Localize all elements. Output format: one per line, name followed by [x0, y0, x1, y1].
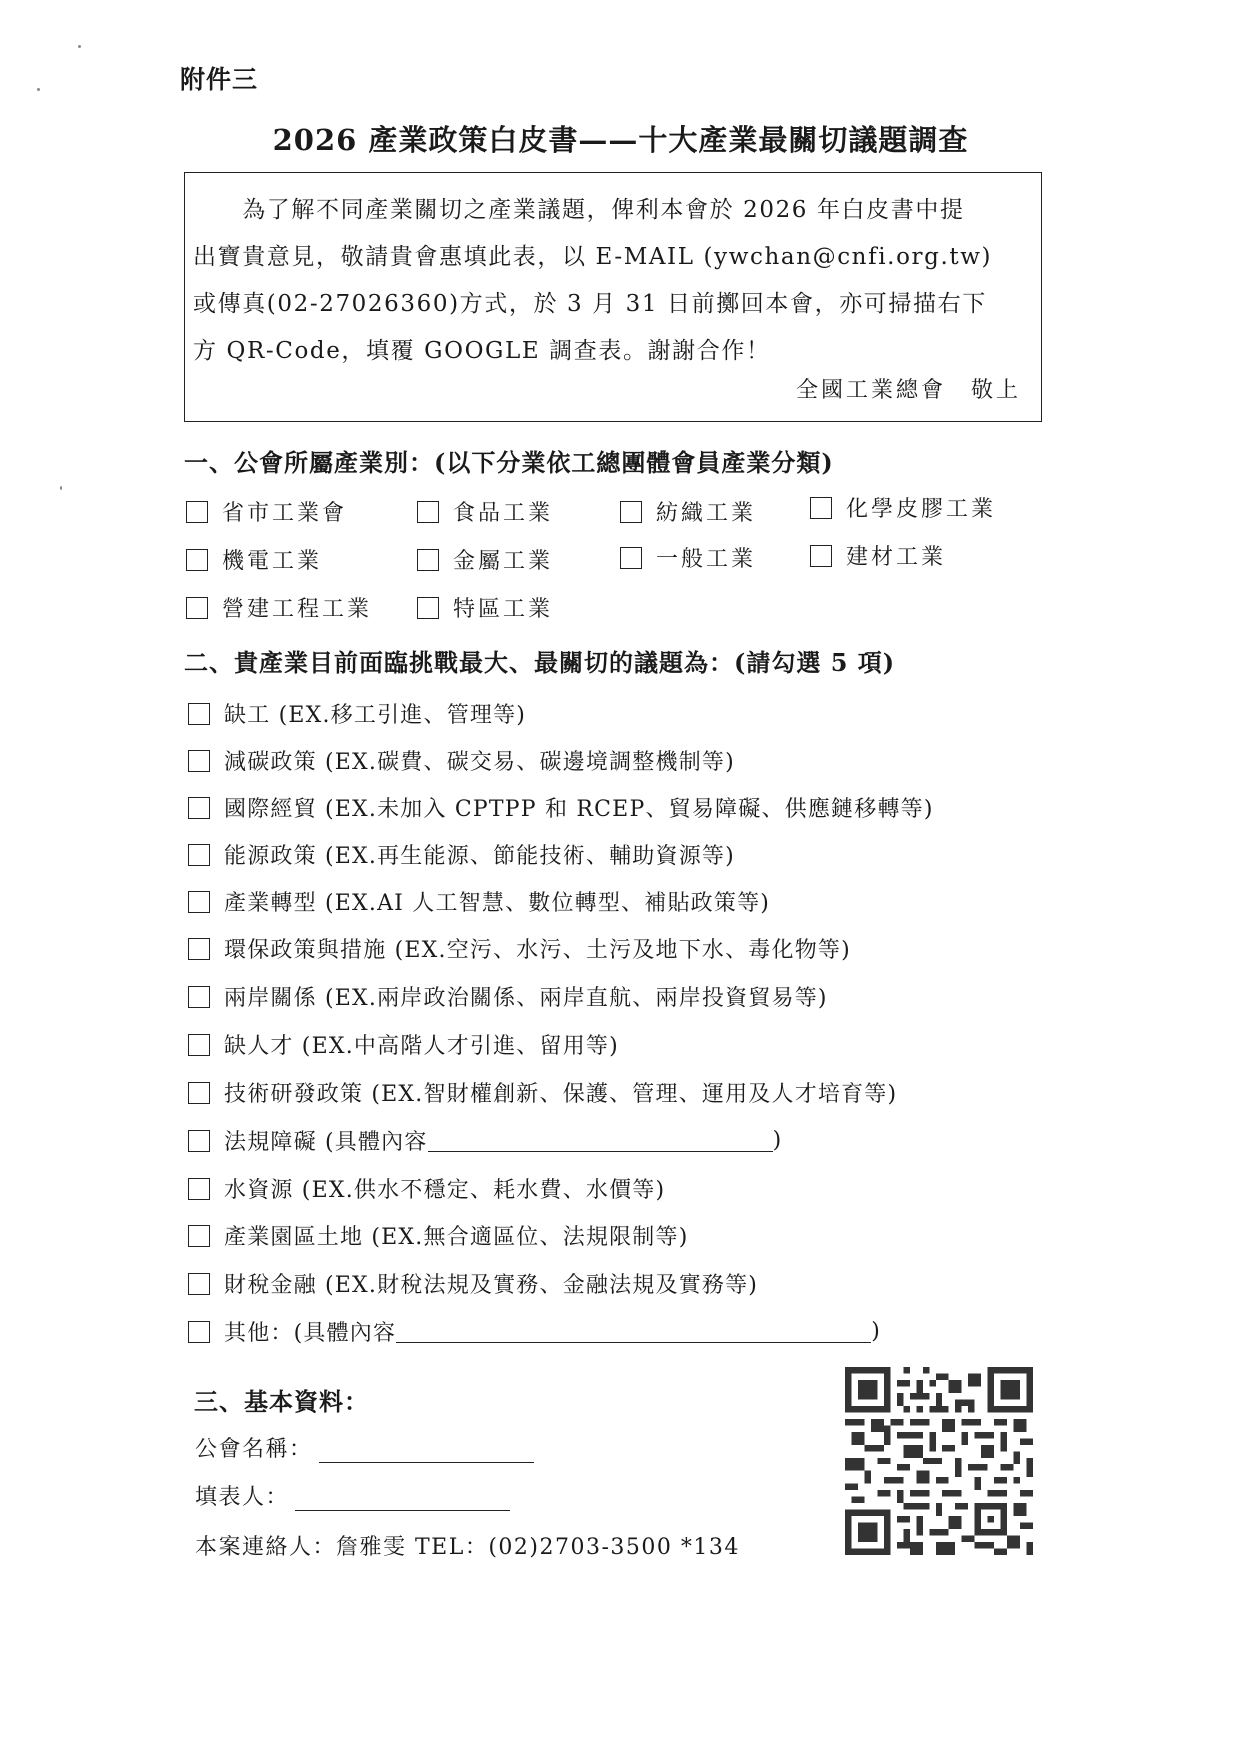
annex-label: 附件三	[180, 60, 258, 96]
checkbox[interactable]	[188, 1321, 210, 1343]
checkbox[interactable]	[417, 501, 439, 523]
checkbox[interactable]	[188, 1130, 210, 1152]
intro-box: 為了解不同產業關切之產業議題，俾利本會於 2026 年白皮書中提 出寶貴意見，敬…	[184, 172, 1042, 422]
industry-option[interactable]: 一般工業	[620, 542, 756, 573]
industry-option[interactable]: 營建工程工業	[186, 592, 372, 623]
checkbox[interactable]	[188, 1273, 210, 1295]
signature: 全國工業總會 敬上	[796, 373, 1021, 404]
association-name-label: 公會名稱：	[195, 1432, 313, 1463]
issue-option[interactable]: 能源政策 (EX.再生能源、節能技術、輔助資源等)	[188, 839, 735, 870]
intro-line: 出寶貴意見，敬請貴會惠填此表，以 E-MAIL (ywchan@cnfi.org…	[193, 238, 992, 271]
checkbox[interactable]	[188, 1082, 210, 1104]
checkbox[interactable]	[188, 986, 210, 1008]
industry-option[interactable]: 化學皮膠工業	[810, 492, 996, 523]
checkbox[interactable]	[188, 938, 210, 960]
industry-option[interactable]: 紡織工業	[620, 496, 756, 527]
regulation-detail-input[interactable]	[428, 1129, 773, 1152]
section3-title: 三、基本資料：	[194, 1382, 369, 1417]
checkbox[interactable]	[186, 597, 208, 619]
qr-code-icon[interactable]	[845, 1367, 1033, 1555]
issue-option[interactable]: 產業轉型 (EX.AI 人工智慧、數位轉型、補貼政策等)	[188, 886, 770, 917]
filler-row: 填表人：	[195, 1480, 510, 1511]
checkbox[interactable]	[188, 1034, 210, 1056]
issue-option[interactable]: 技術研發政策 (EX.智財權創新、保護、管理、運用及人才培育等)	[188, 1077, 897, 1108]
issue-option[interactable]: 減碳政策 (EX.碳費、碳交易、碳邊境調整機制等)	[188, 745, 735, 776]
issue-option-other[interactable]: 其他：(具體內容)	[188, 1316, 881, 1347]
issue-option[interactable]: 水資源 (EX.供水不穩定、耗水費、水價等)	[188, 1173, 665, 1204]
issue-option[interactable]: 財稅金融 (EX.財稅法規及實務、金融法規及實務等)	[188, 1268, 758, 1299]
checkbox[interactable]	[620, 501, 642, 523]
checkbox[interactable]	[620, 547, 642, 569]
checkbox[interactable]	[810, 497, 832, 519]
scan-speck	[60, 486, 62, 490]
industry-option[interactable]: 建材工業	[810, 540, 946, 571]
filler-label: 填表人：	[195, 1480, 289, 1511]
section2-title: 二、貴產業目前面臨挑戰最大、最關切的議題為：(請勾選 5 項)	[184, 643, 895, 678]
scan-speck	[37, 88, 40, 91]
issue-option[interactable]: 缺人才 (EX.中高階人才引進、留用等)	[188, 1029, 619, 1060]
industry-option[interactable]: 金屬工業	[417, 544, 553, 575]
contact-line: 本案連絡人：詹雅雯 TEL：(02)2703-3500 *134	[195, 1530, 740, 1561]
association-name-input[interactable]	[319, 1440, 534, 1463]
checkbox[interactable]	[188, 891, 210, 913]
industry-option[interactable]: 食品工業	[417, 496, 553, 527]
industry-option[interactable]: 省市工業會	[186, 496, 347, 527]
issue-option[interactable]: 缺工 (EX.移工引進、管理等)	[188, 698, 526, 729]
checkbox[interactable]	[188, 797, 210, 819]
scan-speck	[78, 45, 81, 48]
issue-option-regulation[interactable]: 法規障礙 (具體內容)	[188, 1125, 782, 1156]
checkbox[interactable]	[186, 549, 208, 571]
checkbox[interactable]	[417, 597, 439, 619]
issue-option[interactable]: 產業園區土地 (EX.無合適區位、法規限制等)	[188, 1220, 688, 1251]
checkbox[interactable]	[188, 703, 210, 725]
checkbox[interactable]	[188, 1225, 210, 1247]
industry-option[interactable]: 機電工業	[186, 544, 322, 575]
checkbox[interactable]	[810, 545, 832, 567]
intro-line: 為了解不同產業關切之產業議題，俾利本會於 2026 年白皮書中提	[193, 191, 965, 224]
issue-option[interactable]: 國際經貿 (EX.未加入 CPTPP 和 RCEP、貿易障礙、供應鏈移轉等)	[188, 792, 934, 823]
other-detail-input[interactable]	[396, 1320, 871, 1343]
association-name-row: 公會名稱：	[195, 1432, 534, 1463]
checkbox[interactable]	[188, 750, 210, 772]
checkbox[interactable]	[188, 1178, 210, 1200]
checkbox[interactable]	[188, 844, 210, 866]
page-title: 2026 產業政策白皮書——十大產業最關切議題調查	[0, 118, 1241, 159]
filler-input[interactable]	[295, 1488, 510, 1511]
checkbox[interactable]	[417, 549, 439, 571]
issue-option[interactable]: 兩岸關係 (EX.兩岸政治關係、兩岸直航、兩岸投資貿易等)	[188, 981, 828, 1012]
intro-line: 或傳真(02-27026360)方式，於 3 月 31 日前擲回本會，亦可掃描右…	[193, 285, 987, 318]
checkbox[interactable]	[186, 501, 208, 523]
intro-line: 方 QR-Code，填覆 GOOGLE 調查表。謝謝合作！	[193, 332, 771, 365]
issue-option[interactable]: 環保政策與措施 (EX.空污、水污、土污及地下水、毒化物等)	[188, 933, 851, 964]
section1-title: 一、公會所屬產業別：(以下分業依工總團體會員產業分類)	[184, 443, 834, 478]
industry-option[interactable]: 特區工業	[417, 592, 553, 623]
